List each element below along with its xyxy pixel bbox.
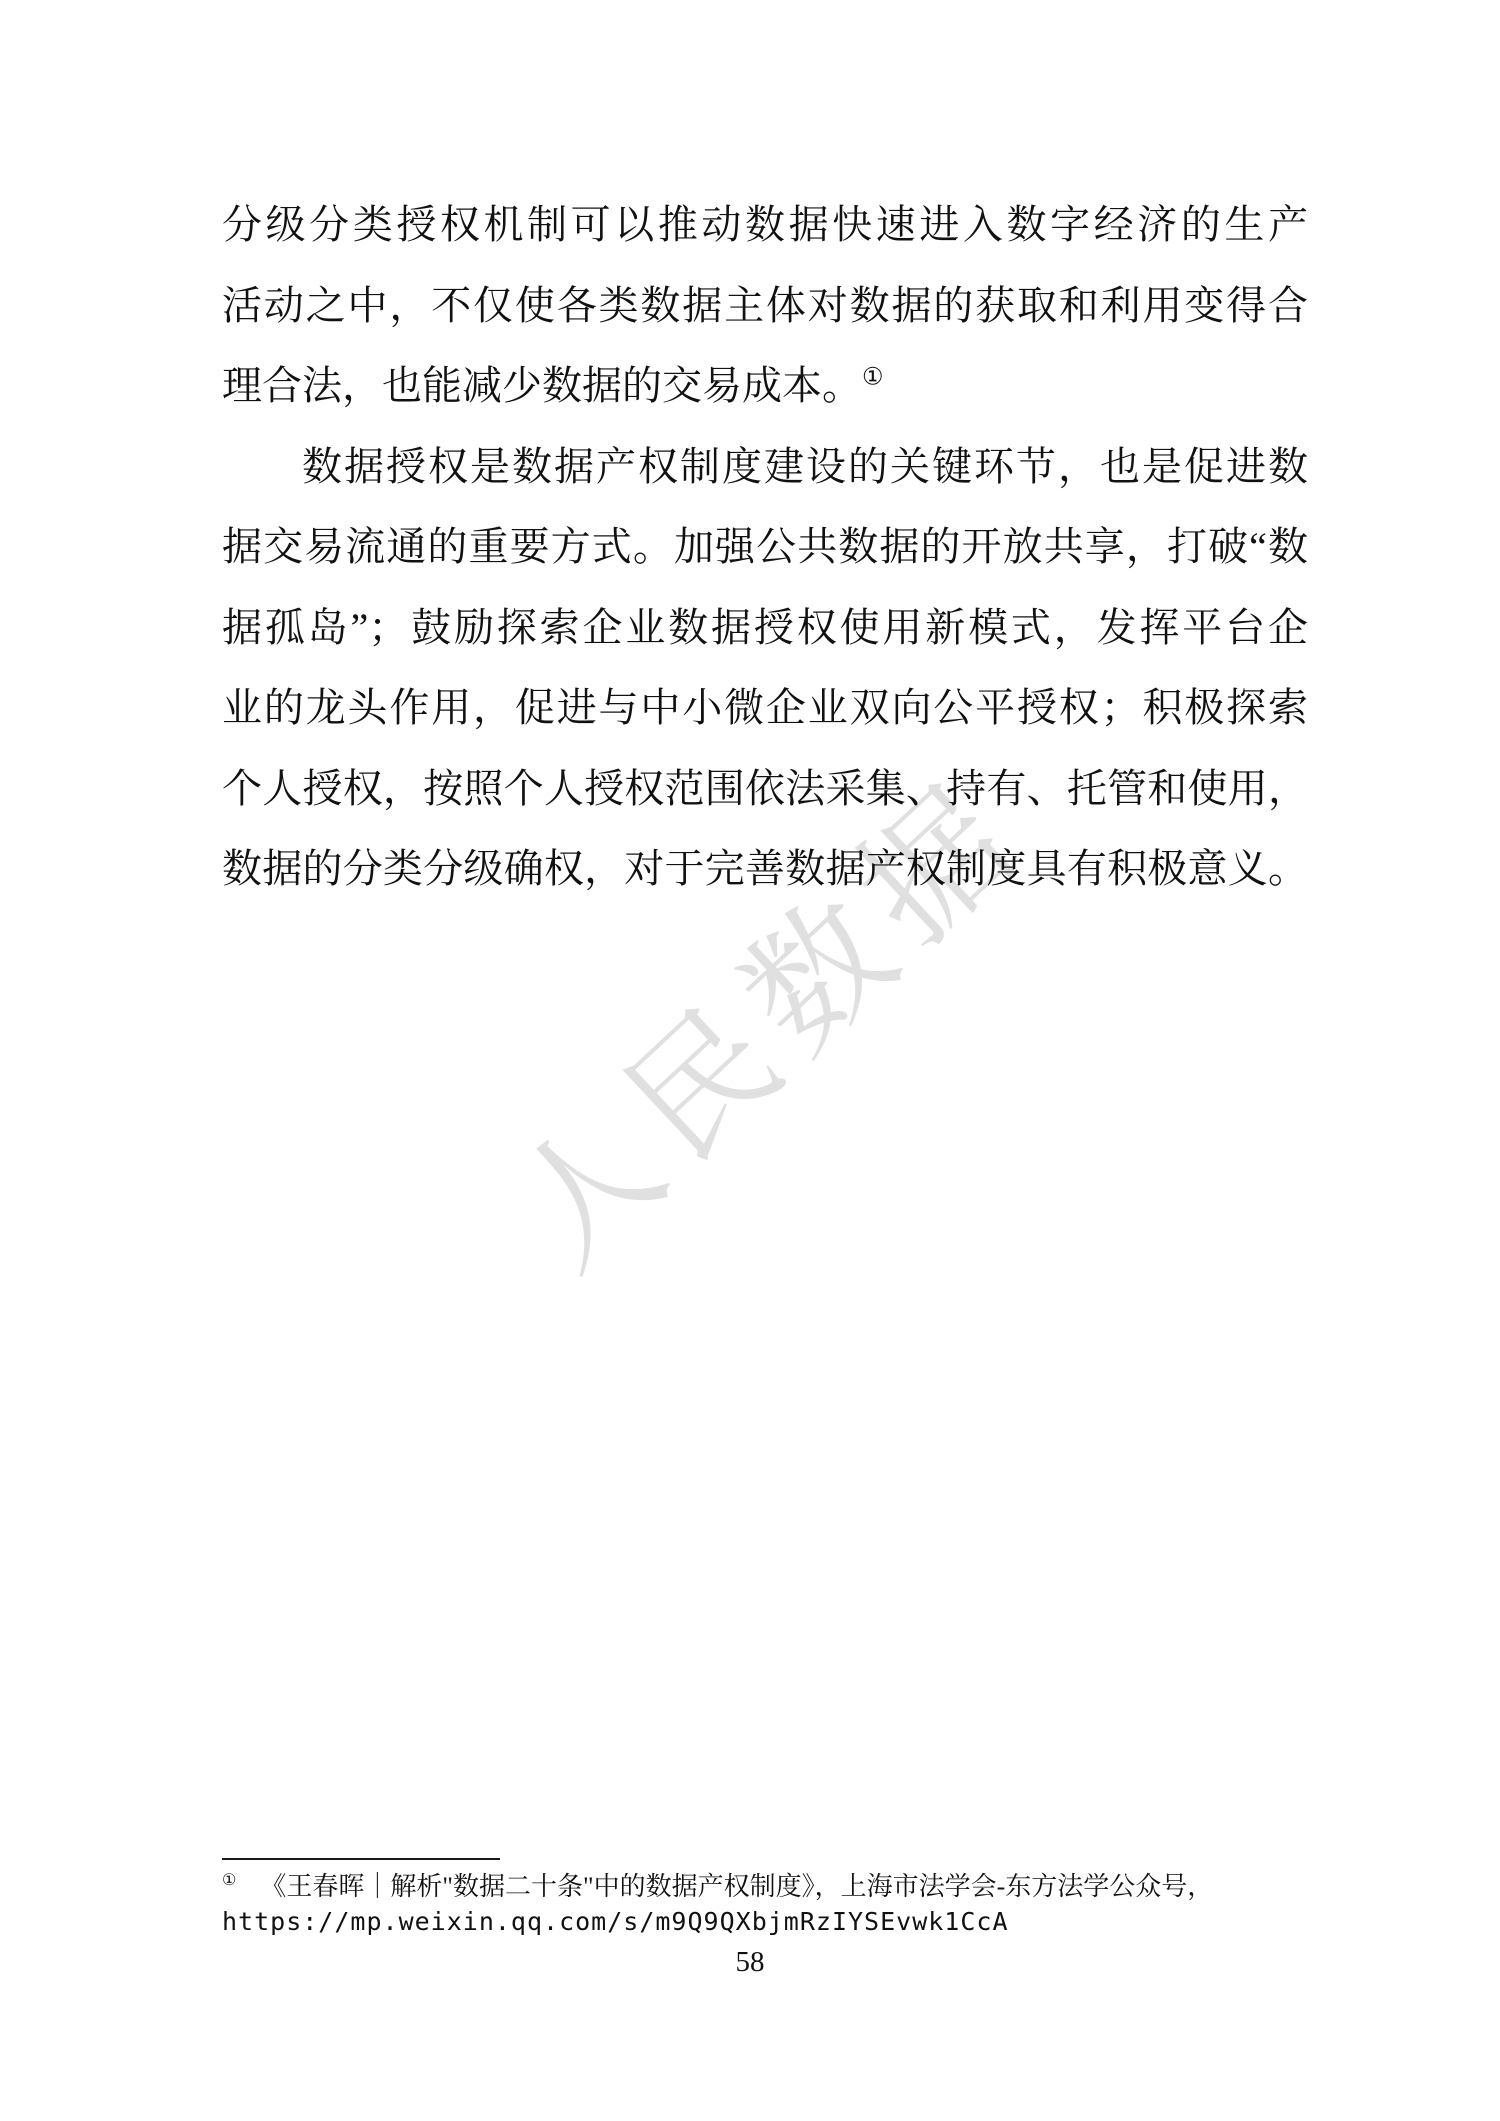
body-line: 理合法，也能减少数据的交易成本。①	[222, 346, 1308, 427]
body-line: 业的龙头作用，促进与中小微企业双向公平授权；积极探索	[222, 668, 1308, 749]
body-line: 分级分类授权机制可以推动数据快速进入数字经济的生产	[222, 185, 1308, 266]
body-line: 活动之中，不仅使各类数据主体对数据的获取和利用变得合	[222, 266, 1308, 347]
body-line-text: 个人授权，按照个人授权范围依法采集、持有、托管和使用，	[222, 766, 1308, 811]
body-line-text: 据孤岛”；鼓励探索企业数据授权使用新模式，发挥平台企	[222, 605, 1308, 650]
footnote-reference-marker: ①	[862, 365, 884, 391]
paragraph-1: 分级分类授权机制可以推动数据快速进入数字经济的生产 活动之中，不仅使各类数据主体…	[222, 185, 1308, 427]
body-line-text: 分级分类授权机制可以推动数据快速进入数字经济的生产	[222, 202, 1308, 247]
paragraph-2: 数据授权是数据产权制度建设的关键环节，也是促进数 据交易流通的重要方式。加强公共…	[222, 427, 1308, 910]
body-line: 数据授权是数据产权制度建设的关键环节，也是促进数	[222, 427, 1308, 508]
footnote-url: https://mp.weixin.qq.com/s/m9Q9QXbjmRzIY…	[222, 1905, 1312, 1938]
footnote-text: 《王春晖｜解析"数据二十条"中的数据产权制度》，上海市法学会-东方法学公众号，	[260, 1872, 1213, 1901]
body-line: 个人授权，按照个人授权范围依法采集、持有、托管和使用，	[222, 749, 1308, 830]
body-line-text: 据交易流通的重要方式。加强公共数据的开放共享，打破“数	[222, 524, 1308, 569]
footnote-separator	[222, 1858, 500, 1860]
body-line: 据交易流通的重要方式。加强公共数据的开放共享，打破“数	[222, 507, 1308, 588]
body-line: 据孤岛”；鼓励探索企业数据授权使用新模式，发挥平台企	[222, 588, 1308, 669]
body-line-text: 理合法，也能减少数据的交易成本。	[222, 363, 862, 408]
body-line-text: 数据授权是数据产权制度建设的关键环节，也是促进数	[302, 444, 1308, 489]
footnote: ①《王春晖｜解析"数据二十条"中的数据产权制度》，上海市法学会-东方法学公众号，…	[222, 1858, 1312, 1938]
body-line-text: 业的龙头作用，促进与中小微企业双向公平授权；积极探索	[222, 685, 1308, 730]
footnote-line: ①《王春晖｜解析"数据二十条"中的数据产权制度》，上海市法学会-东方法学公众号，	[222, 1870, 1312, 1903]
body-line-text: 数据的分类分级确权，对于完善数据产权制度具有积极意义。	[222, 846, 1308, 891]
footnote-marker: ①	[222, 1872, 236, 1889]
document-page: 人民数据 分级分类授权机制可以推动数据快速进入数字经济的生产 活动之中，不仅使各…	[0, 0, 1500, 2121]
page-number: 58	[0, 1946, 1500, 1979]
body-line-text: 活动之中，不仅使各类数据主体对数据的获取和利用变得合	[222, 283, 1308, 328]
body-line: 数据的分类分级确权，对于完善数据产权制度具有积极意义。	[222, 829, 1308, 910]
body-text: 分级分类授权机制可以推动数据快速进入数字经济的生产 活动之中，不仅使各类数据主体…	[222, 185, 1308, 910]
